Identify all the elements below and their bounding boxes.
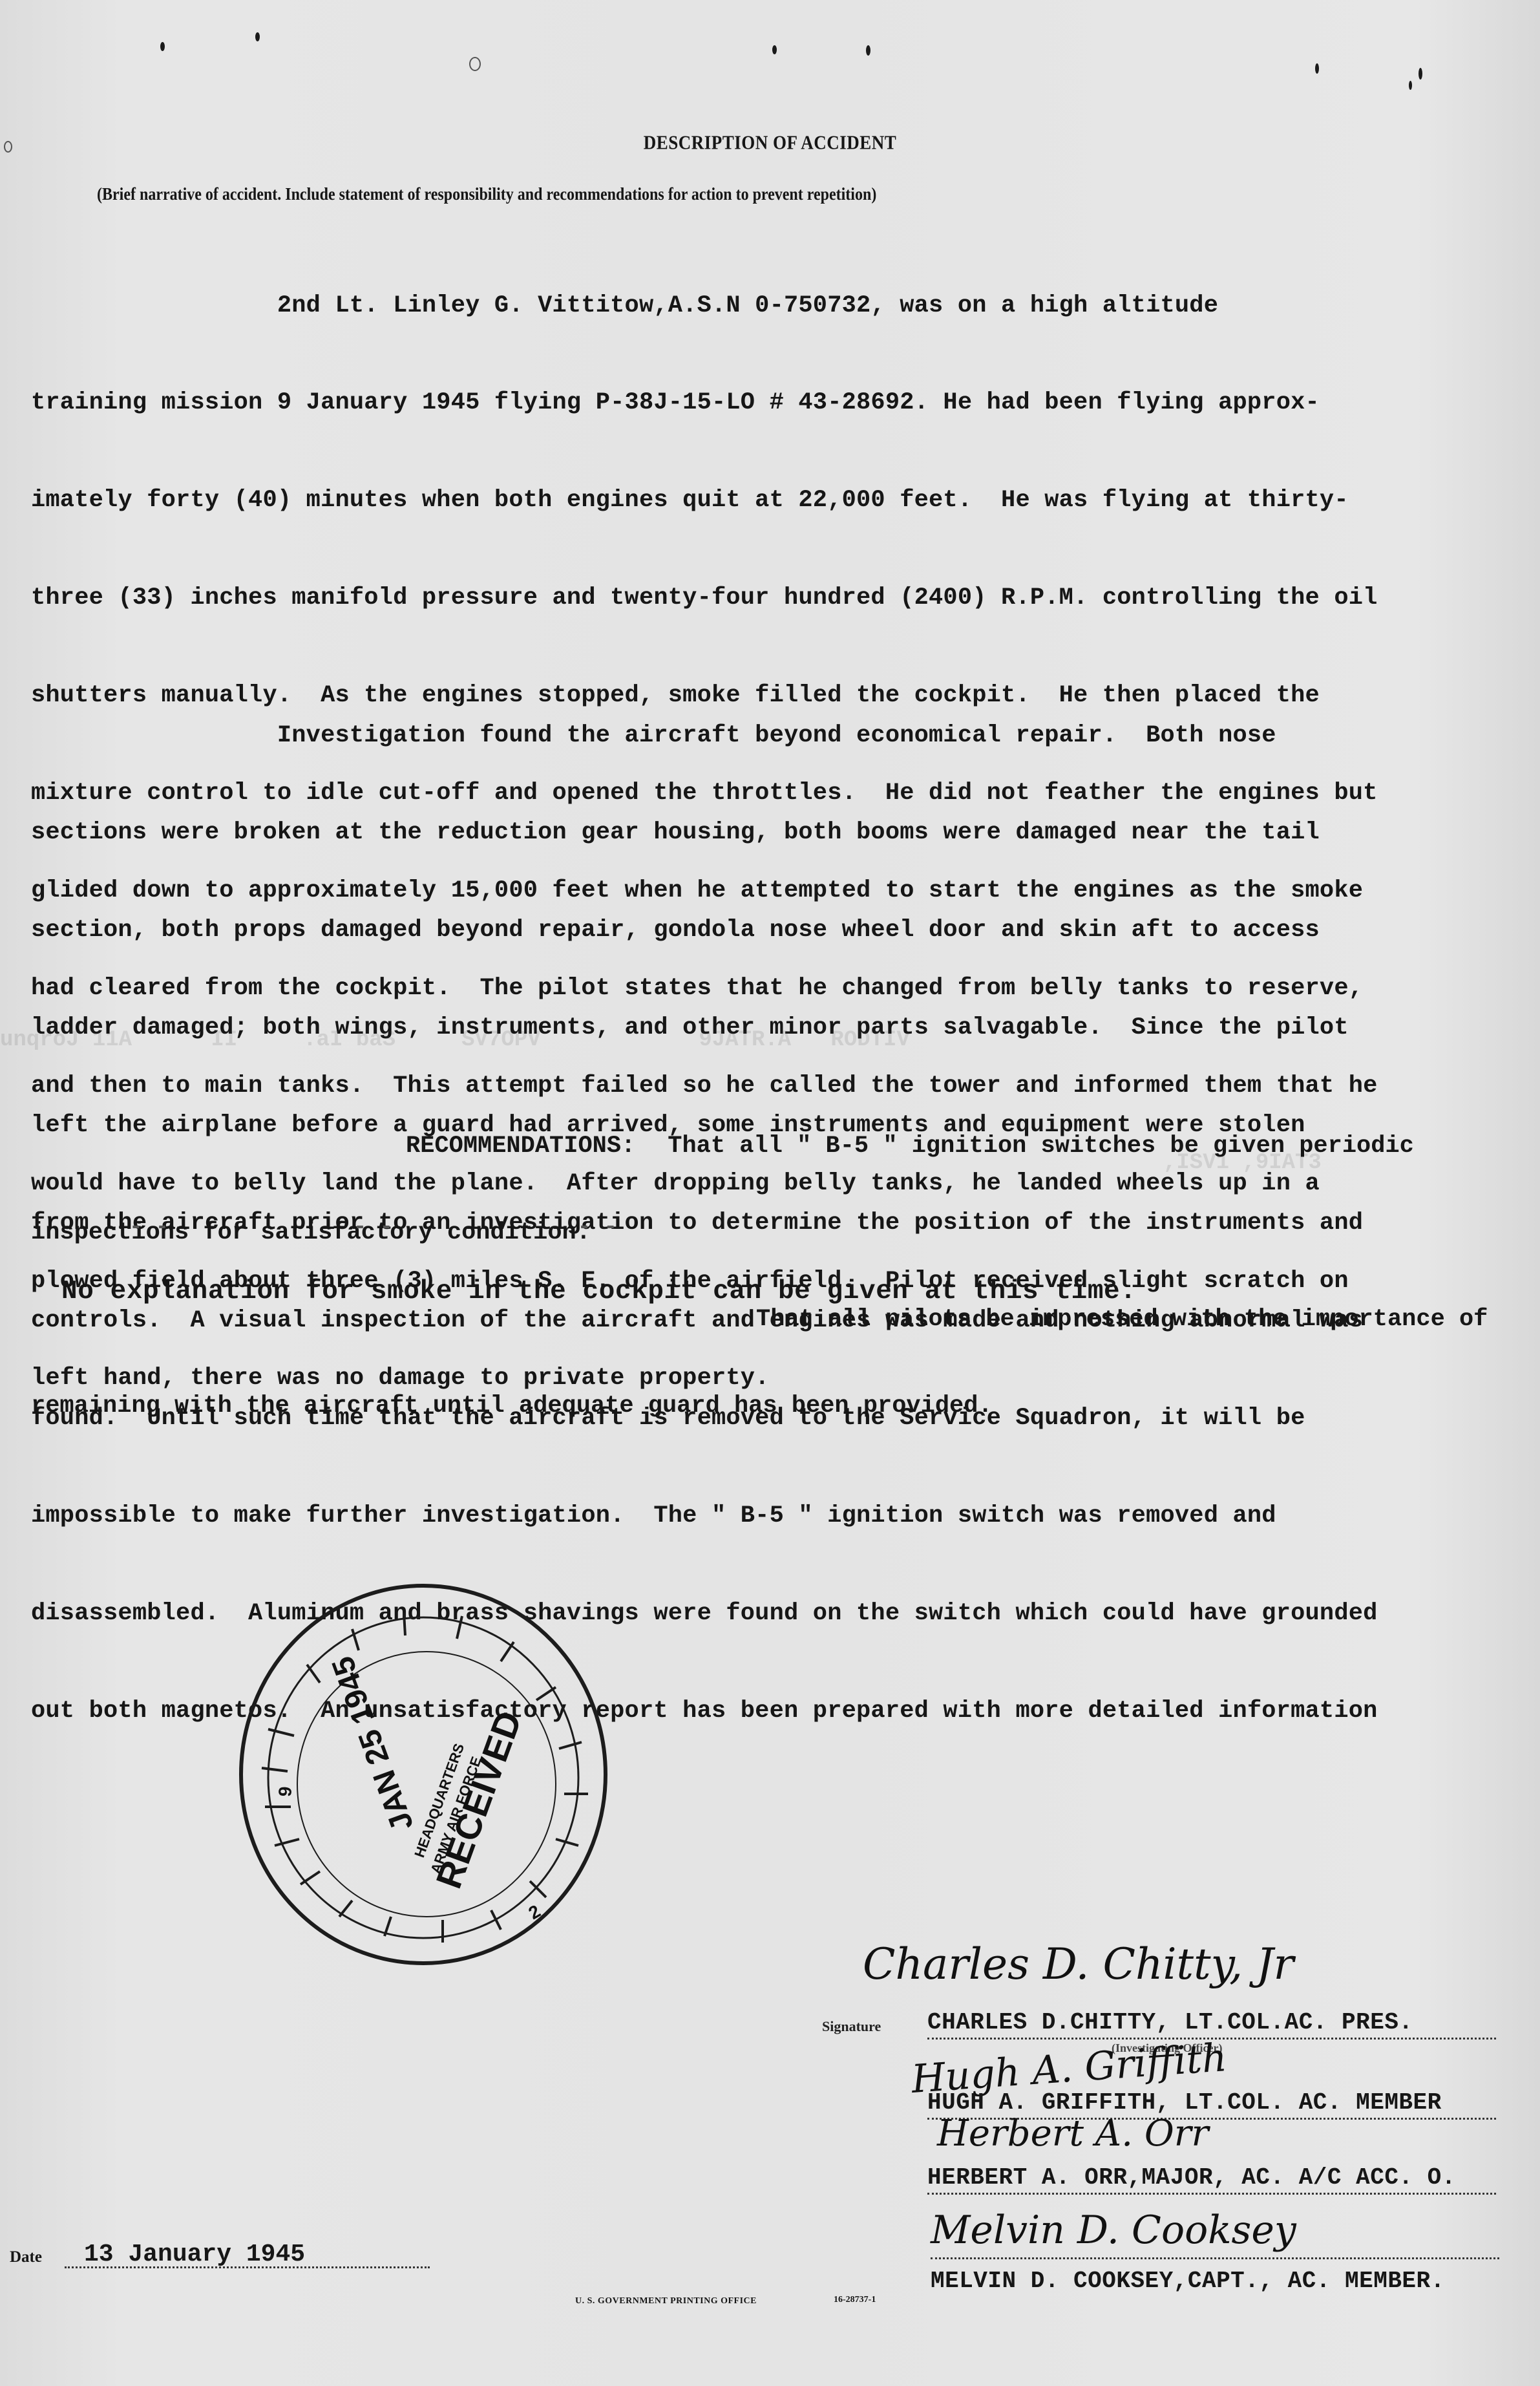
member-typed-name: MELVIN D. COOKSEY,CAPT., AC. MEMBER.: [931, 2268, 1445, 2294]
signature-cooksey: Melvin D. Cooksey: [931, 2208, 1296, 2253]
date-label: Date: [10, 2248, 42, 2266]
stamp-seal-icon: RECEIVED HEADQUARTERS ARMY AIR FORCE JAN…: [229, 1581, 617, 1968]
recommendations-label: RECOMMENDATIONS:: [406, 1133, 635, 1160]
member-typed-name: CHARLES D.CHITTY, LT.COL.AC. PRES.: [927, 2009, 1413, 2036]
recommendation-2: That all pilots be impressed with the im…: [756, 1306, 1488, 1333]
date-line: [65, 2266, 430, 2268]
signature-line: [931, 2257, 1499, 2259]
member-typed-name: HERBERT A. ORR,MAJOR, AC. A/C ACC. O.: [927, 2164, 1456, 2191]
scan-speck: [1409, 81, 1412, 90]
punch-hole-mark: [469, 57, 481, 71]
scan-speck: [772, 45, 777, 54]
narrative-line: imately forty (40) minutes when both eng…: [31, 484, 1537, 517]
svg-text:9: 9: [275, 1785, 295, 1797]
signature-orr: Herbert A. Orr: [937, 2113, 1208, 2155]
investigation-line: impossible to make further investigation…: [31, 1500, 1537, 1532]
printer-imprint: U. S. GOVERNMENT PRINTING OFFICE: [575, 2296, 757, 2306]
scan-speck: [1419, 68, 1422, 80]
recommendation-1: That all " B-5 " ignition switches be gi…: [668, 1133, 1414, 1160]
document-title: DESCRIPTION OF ACCIDENT: [0, 131, 1540, 154]
scan-speck: [866, 45, 870, 56]
signature-chitty: Charles D. Chitty, Jr: [863, 1939, 1294, 1989]
signature-line: [927, 2193, 1496, 2195]
bleed-through-text: unqroJ 11A II .aI baS SV7OPV 9JATR.A ROD…: [0, 1028, 910, 1052]
received-stamp: RECEIVED HEADQUARTERS ARMY AIR FORCE JAN…: [229, 1581, 617, 1968]
scan-speck: [1315, 63, 1319, 74]
narrative-line: training mission 9 January 1945 flying P…: [31, 387, 1537, 419]
stamp-date-text: JAN 25 1945: [326, 1652, 421, 1835]
narrative-line: 2nd Lt. Linley G. Vittitow,A.S.N 0-75073…: [31, 290, 1537, 322]
investigation-line: Investigation found the aircraft beyond …: [31, 719, 1537, 752]
date-value: 13 January 1945: [84, 2241, 305, 2268]
signature-label: Signature: [822, 2018, 881, 2035]
recommendation-2-continued: remaining with the aircraft until adequa…: [31, 1392, 1537, 1425]
investigation-line: sections were broken at the reduction ge…: [31, 816, 1537, 849]
narrative-line: three (33) inches manifold pressure and …: [31, 582, 1537, 614]
scan-speck: [255, 32, 260, 41]
form-instruction: (Brief narrative of accident. Include st…: [97, 185, 1454, 205]
investigation-line: section, both props damaged beyond repai…: [31, 914, 1537, 946]
scan-speck: [160, 42, 165, 51]
document-page: DESCRIPTION OF ACCIDENT (Brief narrative…: [0, 0, 1540, 2386]
form-code: 16-28737-1: [834, 2295, 876, 2305]
member-typed-name: HUGH A. GRIFFITH, LT.COL. AC. MEMBER: [927, 2089, 1442, 2116]
section-separator: - - - - - -: [129, 1215, 617, 1240]
closing-note: No explanation for smoke in the cockpit …: [61, 1277, 1136, 1306]
